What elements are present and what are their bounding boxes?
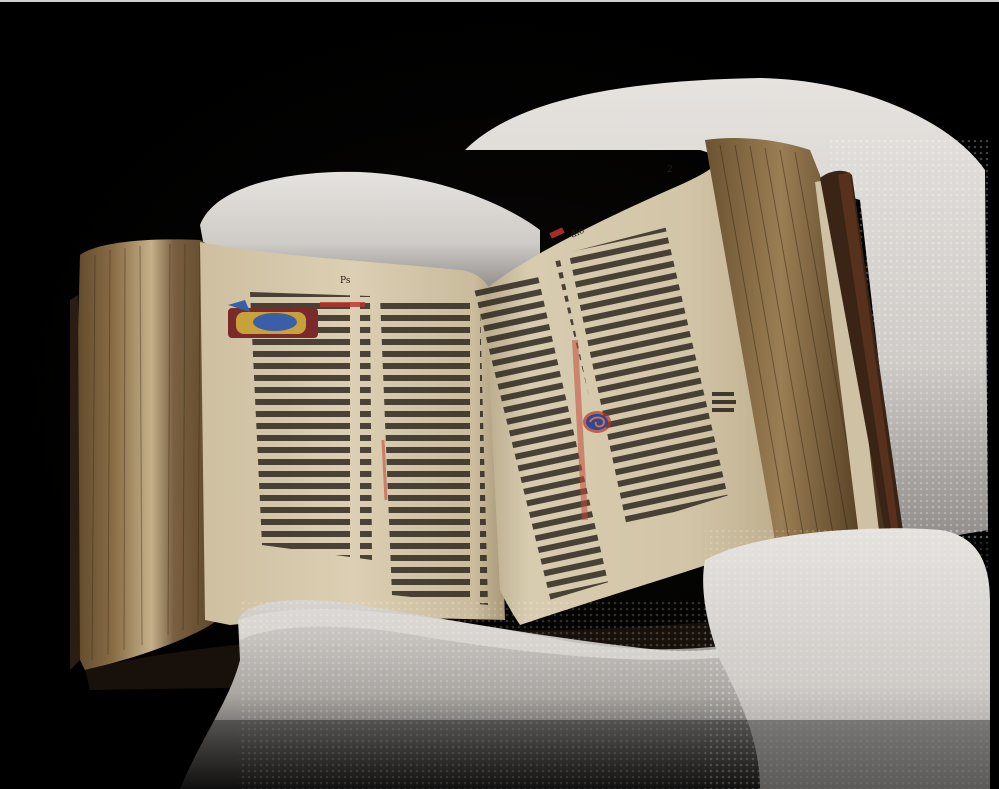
- marginal-note: [712, 392, 736, 412]
- illuminated-initial-right: [583, 411, 611, 433]
- manuscript-photo: Ps 2 dio: [0, 0, 999, 789]
- right-page-number: 2: [667, 165, 673, 175]
- left-page-header: Ps: [340, 276, 351, 286]
